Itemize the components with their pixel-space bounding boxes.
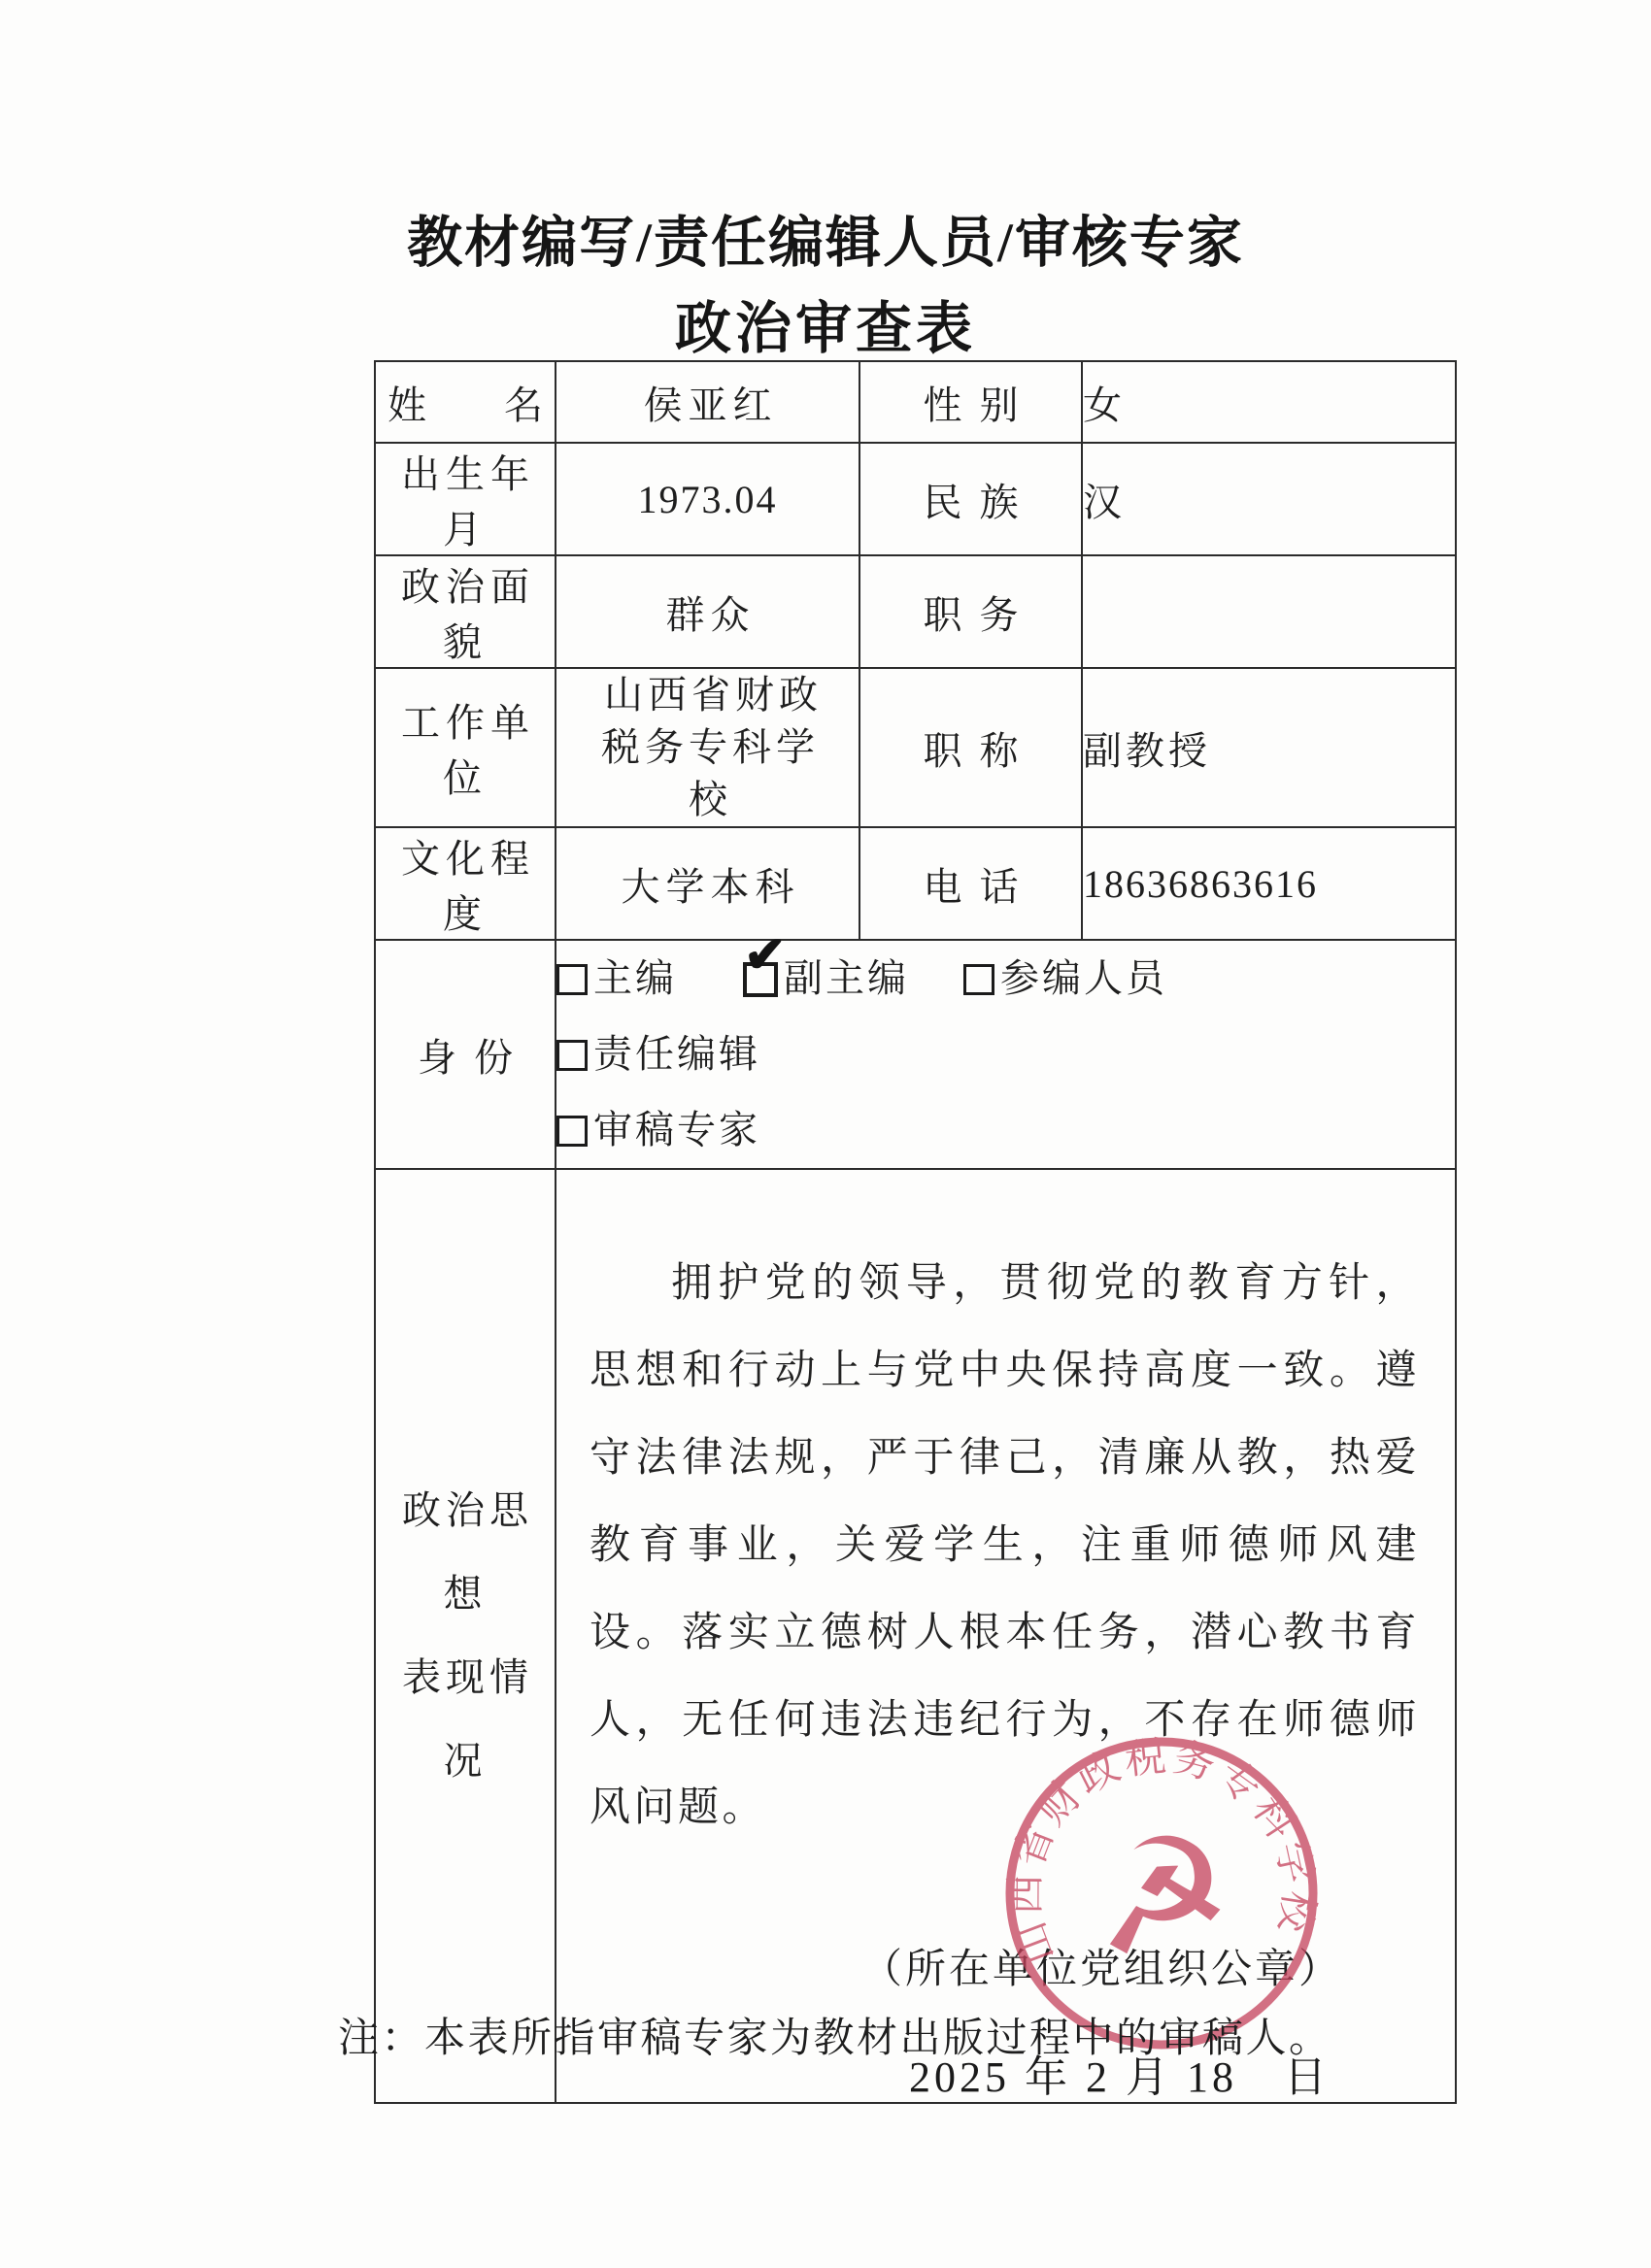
education-label: 文化程度 <box>375 827 556 940</box>
identity-options-cell: 主编 副主编 参编人员 责任编辑 审稿专家 <box>556 940 1456 1169</box>
option-chief-editor: 主编 <box>556 941 677 1017</box>
table-row-workplace: 工作单位 山西省财政税务专科学校 职称 副教授 <box>375 668 1456 827</box>
checkbox-contributor <box>963 964 994 995</box>
political-performance-content: 拥护党的领导，贯彻党的教育方针，思想和行动上与党中央保持高度一致。遵守法律法规，… <box>556 1170 1455 2102</box>
option-responsible-editor: 责任编辑 <box>556 1017 760 1092</box>
table-row-name: 姓 名 侯亚红 性别 女 <box>375 361 1456 443</box>
option-review-expert-label: 审稿专家 <box>593 1108 760 1151</box>
political-performance-text: 拥护党的领导，贯彻党的教育方针，思想和行动上与党中央保持高度一致。遵守法律法规，… <box>556 1170 1455 1851</box>
political-status-value: 群众 <box>556 555 859 668</box>
workplace-label: 工作单位 <box>375 668 556 827</box>
birthdate-value: 1973.04 <box>556 443 859 555</box>
gender-label: 性别 <box>859 361 1082 443</box>
table-row-political-performance: 政治思想 表现情况 拥护党的领导，贯彻党的教育方针，思想和行动上与党中央保持高度… <box>375 1169 1456 2103</box>
education-value: 大学本科 <box>556 827 859 940</box>
table-row-birth: 出生年月 1973.04 民族 汉 <box>375 443 1456 555</box>
position-value <box>1082 555 1456 668</box>
seal-caption-text: （所在单位党组织公章） <box>861 1937 1342 1995</box>
option-responsible-editor-label: 责任编辑 <box>593 1032 760 1076</box>
ethnicity-label: 民族 <box>859 443 1082 555</box>
checkbox-review-expert <box>556 1116 588 1147</box>
table-row-identity: 身份 主编 副主编 参编人员 责任编辑 审稿专家 <box>375 940 1456 1169</box>
document-title-line1: 教材编写/责任编辑人员/审核专家 <box>0 198 1651 278</box>
title-rank-label: 职称 <box>859 668 1082 827</box>
workplace-value: 山西省财政税务专科学校 <box>556 668 859 827</box>
option-contributor-label: 参编人员 <box>1000 956 1167 1000</box>
political-performance-label-line1: 政治思想 <box>376 1469 555 1636</box>
phone-value: 18636863616 <box>1082 827 1456 940</box>
identity-options-line1: 主编 副主编 参编人员 <box>556 941 1455 1017</box>
table-row-political-status: 政治面貌 群众 职务 <box>375 555 1456 668</box>
title-rank-value: 副教授 <box>1082 668 1456 827</box>
gender-value: 女 <box>1082 361 1456 443</box>
option-contributor: 参编人员 <box>963 941 1167 1017</box>
name-label: 姓 名 <box>375 361 556 443</box>
option-review-expert: 审稿专家 <box>556 1092 760 1168</box>
checkbox-responsible-editor <box>556 1040 588 1071</box>
political-performance-label: 政治思想 表现情况 <box>375 1169 556 2103</box>
ethnicity-value: 汉 <box>1082 443 1456 555</box>
checkbox-deputy-editor <box>743 962 778 997</box>
phone-label: 电话 <box>859 827 1082 940</box>
workplace-value-text: 山西省财政税务专科学校 <box>581 669 841 826</box>
option-deputy-editor-label: 副主编 <box>784 956 909 1000</box>
table-row-education: 文化程度 大学本科 电话 18636863616 <box>375 827 1456 940</box>
checkbox-chief-editor <box>556 964 588 995</box>
document-page: 教材编写/责任编辑人员/审核专家 政治审查表 姓 名 侯亚红 性别 女 出生年月… <box>0 0 1651 2268</box>
position-label: 职务 <box>859 555 1082 668</box>
political-review-form-table: 姓 名 侯亚红 性别 女 出生年月 1973.04 民族 汉 政治面貌 群众 职… <box>374 360 1457 2104</box>
political-performance-cell: 拥护党的领导，贯彻党的教育方针，思想和行动上与党中央保持高度一致。遵守法律法规，… <box>556 1169 1456 2103</box>
identity-options-line3: 审稿专家 <box>556 1092 1455 1168</box>
identity-label: 身份 <box>375 940 556 1169</box>
political-status-label: 政治面貌 <box>375 555 556 668</box>
political-performance-label-line2: 表现情况 <box>376 1636 555 1803</box>
document-title-line2: 政治审查表 <box>0 283 1651 364</box>
birthdate-label: 出生年月 <box>375 443 556 555</box>
identity-options-line2: 责任编辑 <box>556 1017 1455 1092</box>
footnote: 注：本表所指审稿专家为教材出版过程中的审稿人。 <box>338 2006 1332 2064</box>
option-deputy-editor: 副主编 <box>743 941 909 1017</box>
option-chief-editor-label: 主编 <box>593 956 677 1000</box>
name-value: 侯亚红 <box>556 361 859 443</box>
